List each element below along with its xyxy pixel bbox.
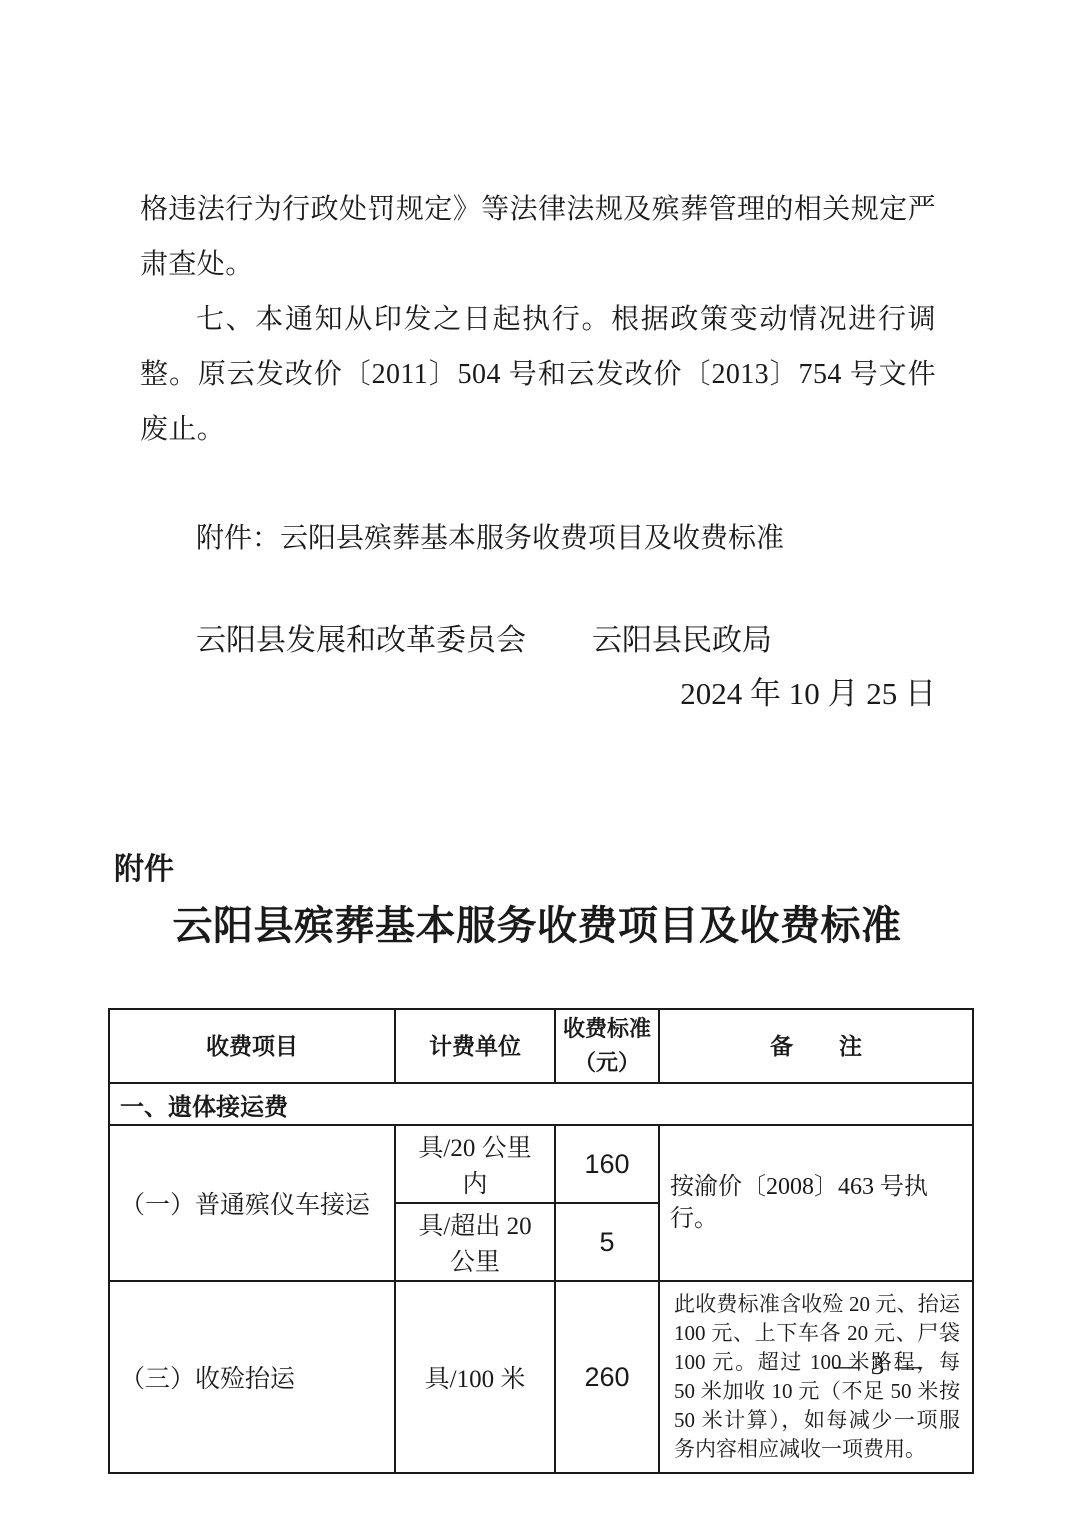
cell-unit-beyond-20km: 具/超出 20 公里: [395, 1203, 555, 1281]
body-text-block: 格违法行为行政处罚规定》等法律法规及殡葬管理的相关规定严肃查处。 七、本通知从印…: [140, 182, 936, 457]
cell-item-hearse-transport: （一）普通殡仪车接运: [109, 1125, 395, 1281]
table-header-row: 收费项目 计费单位 收费标准（元） 备 注: [109, 1009, 973, 1083]
fee-standard-table: 收费项目 计费单位 收费标准（元） 备 注 一、遗体接运费 （一）普通殡仪车接运…: [108, 1008, 974, 1474]
document-date: 2024 年 10 月 25 日: [140, 672, 936, 716]
page-number: — 3 —: [140, 1350, 924, 1381]
document-page: 格违法行为行政处罚规定》等法律法规及殡葬管理的相关规定严肃查处。 七、本通知从印…: [0, 0, 1074, 1520]
cell-price-160: 160: [555, 1125, 659, 1203]
attachment-reference-line: 附件：云阳县殡葬基本服务收费项目及收费标准: [140, 518, 936, 560]
cell-price-5: 5: [555, 1203, 659, 1281]
paragraph-item-seven: 七、本通知从印发之日起执行。根据政策变动情况进行调整。原云发改价〔2011〕50…: [140, 292, 936, 457]
section-body-transport-fee: 一、遗体接运费: [109, 1083, 973, 1125]
table-row: （一）普通殡仪车接运 具/20 公里内 160 按渝价〔2008〕463 号执行…: [109, 1125, 973, 1203]
signer-civil-affairs-bureau: 云阳县民政局: [592, 620, 772, 662]
table-section-row: 一、遗体接运费: [109, 1083, 973, 1125]
attachment-label: 附件: [114, 850, 174, 890]
signature-block: 云阳县发展和改革委员会 云阳县民政局: [196, 620, 772, 662]
attachment-title: 云阳县殡葬基本服务收费项目及收费标准: [0, 898, 1074, 954]
paragraph-continuation: 格违法行为行政处罚规定》等法律法规及殡葬管理的相关规定严肃查处。: [140, 182, 936, 292]
cell-unit-within-20km: 具/20 公里内: [395, 1125, 555, 1203]
header-billing-unit: 计费单位: [395, 1009, 555, 1083]
header-remarks: 备 注: [659, 1009, 973, 1083]
signer-development-reform-commission: 云阳县发展和改革委员会: [196, 620, 526, 662]
header-fee-item: 收费项目: [109, 1009, 395, 1083]
cell-remark-yujia-2008: 按渝价〔2008〕463 号执行。: [659, 1125, 973, 1281]
header-fee-standard: 收费标准（元）: [555, 1009, 659, 1083]
